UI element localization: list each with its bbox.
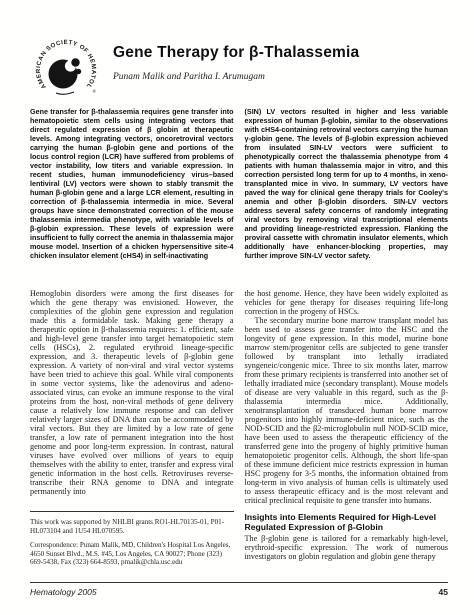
abstract-column-left: Gene transfer for β-thalassemia requires… [30, 107, 234, 260]
page-footer: Hematology 2005 45 [30, 582, 448, 597]
ash-logo-graphic: AMERICAN SOCIETY OF HEMATOLOGY [34, 38, 98, 102]
abstract-column-right: (SIN) LV vectors resulted in higher and … [245, 107, 449, 260]
body-column-right: the host genome. Hence, they have been w… [245, 289, 449, 573]
body-column-left: Hemoglobin disorders were among the firs… [30, 289, 234, 573]
ash-society-logo: AMERICAN SOCIETY OF HEMATOLOGY ® [34, 38, 98, 102]
funding-footnote: This work was supported by NHLBI grants … [30, 518, 234, 535]
paper-masthead: AMERICAN SOCIETY OF HEMATOLOGY ® Gene Th… [34, 38, 448, 102]
body-text-section: Hemoglobin disorders were among the firs… [30, 289, 448, 573]
journal-name: Hematology 2005 [30, 587, 97, 597]
body-paragraph: The β-globin gene is tailored for a rema… [245, 534, 449, 561]
title-block: Gene Therapy for β-Thalassemia Punam Mal… [113, 38, 359, 82]
section-heading: Insights into Elements Required for High… [245, 512, 449, 532]
paper-authors: Punam Malik and Paritha I. Arumugam [113, 72, 359, 82]
paper-page: AMERICAN SOCIETY OF HEMATOLOGY ® Gene Th… [0, 0, 474, 615]
footnote-block: This work was supported by NHLBI grants … [30, 511, 234, 573]
correspondence-footnote: Correspondence: Punam Malik, MD, Childre… [30, 541, 234, 567]
abstract-section: Gene transfer for β-thalassemia requires… [30, 107, 448, 260]
footnote-divider [30, 511, 234, 512]
paper-title: Gene Therapy for β-Thalassemia [113, 44, 359, 62]
body-paragraph: The secondary murine bone marrow transpl… [245, 316, 449, 505]
body-paragraph: the host genome. Hence, they have been w… [245, 289, 449, 316]
page-number: 45 [439, 587, 448, 597]
registered-trademark-mark: ® [93, 89, 96, 94]
body-paragraph: Hemoglobin disorders were among the firs… [30, 289, 234, 496]
